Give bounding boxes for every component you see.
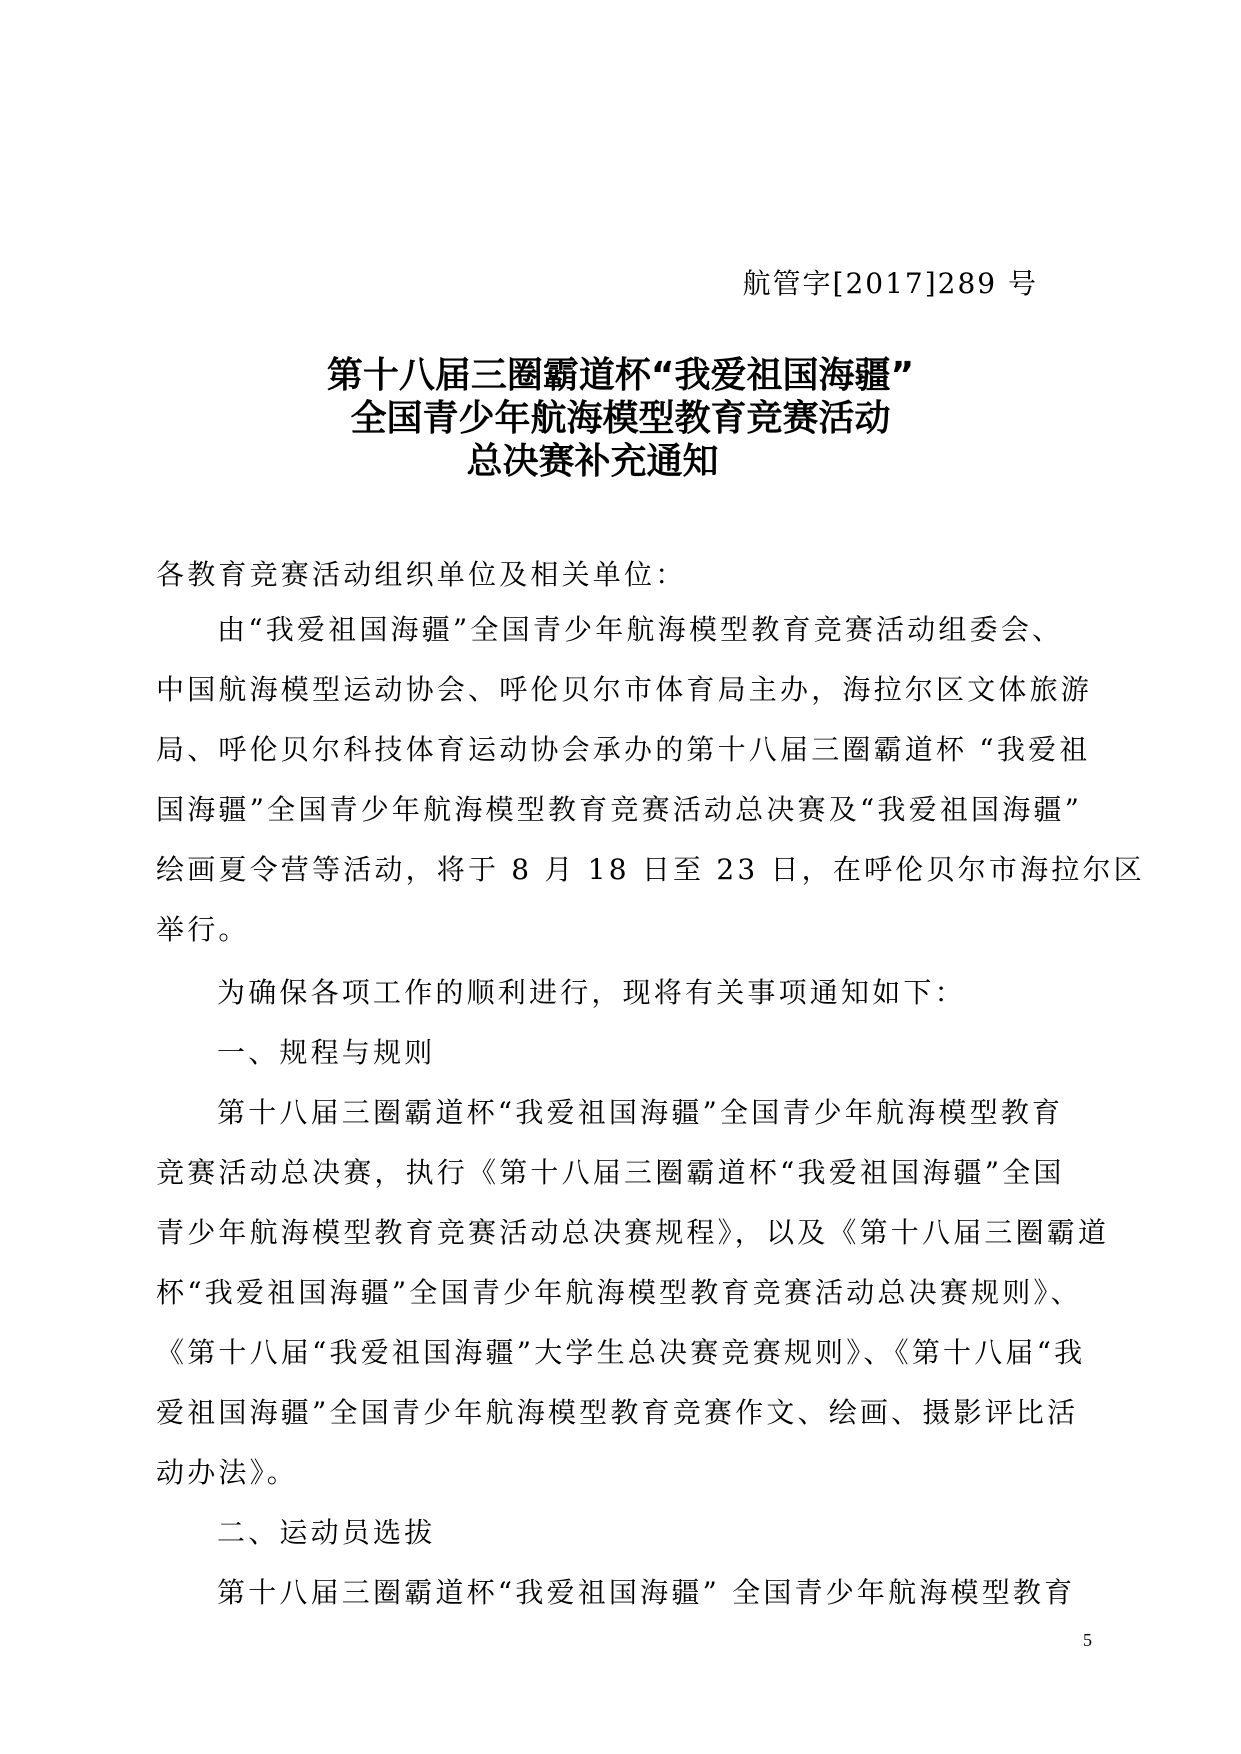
- body-line: 动办法》。: [156, 1455, 298, 1491]
- page-number: 5: [1083, 1630, 1092, 1651]
- section-heading-2: 二、运动员选拔: [217, 1515, 435, 1551]
- body-line: 由“我爱祖国海疆”全国青少年航海模型教育竞赛活动组委会、: [217, 612, 1063, 648]
- title-line-1: 第十八届三圈霸道杯“我爱祖国海疆”: [0, 354, 1241, 397]
- body-line: 《第十八届“我爱祖国海疆”大学生总决赛竞赛规则》、《第十八届“我: [156, 1335, 1085, 1371]
- title-line-3: 总决赛补充通知: [0, 440, 1213, 483]
- body-line: 杯“我爱祖国海疆”全国青少年航海模型教育竞赛活动总决赛规则》、: [156, 1275, 1082, 1311]
- body-line: 中国航海模型运动协会、呼伦贝尔市体育局主办，海拉尔区文体旅游: [156, 672, 1092, 708]
- body-line: 绘画夏令营等活动，将于 8 月 18 日至 23 日，在呼伦贝尔市海拉尔区: [156, 852, 1145, 888]
- title-line-2: 全国青少年航海模型教育竞赛活动: [0, 397, 1241, 440]
- body-line: 为确保各项工作的顺利进行，现将有关事项通知如下：: [217, 975, 966, 1011]
- salutation: 各教育竞赛活动组织单位及相关单位：: [156, 557, 686, 593]
- body-line: 举行。: [156, 912, 250, 948]
- body-line: 国海疆”全国青少年航海模型教育竞赛活动总决赛及“我爱祖国海疆”: [156, 792, 1082, 828]
- body-line: 爱祖国海疆”全国青少年航海模型教育竞赛作文、绘画、摄影评比活: [156, 1395, 1078, 1431]
- document-number: 航管字[2017]289 号: [743, 262, 1038, 302]
- section-heading-1: 一、规程与规则: [217, 1035, 435, 1071]
- body-line: 第十八届三圈霸道杯“我爱祖国海疆”全国青少年航海模型教育: [217, 1095, 1063, 1131]
- body-line: 青少年航海模型教育竞赛活动总决赛规程》，以及《第十八届三圈霸道: [156, 1215, 1109, 1251]
- body-line: 第十八届三圈霸道杯“我爱祖国海疆” 全国青少年航海模型教育: [217, 1575, 1075, 1611]
- body-line: 竞赛活动总决赛，执行《第十八届三圈霸道杯“我爱祖国海疆”全国: [156, 1155, 1065, 1191]
- body-line: 局、呼伦贝尔科技体育运动协会承办的第十八届三圈霸道杯 “我爱祖: [156, 732, 1090, 768]
